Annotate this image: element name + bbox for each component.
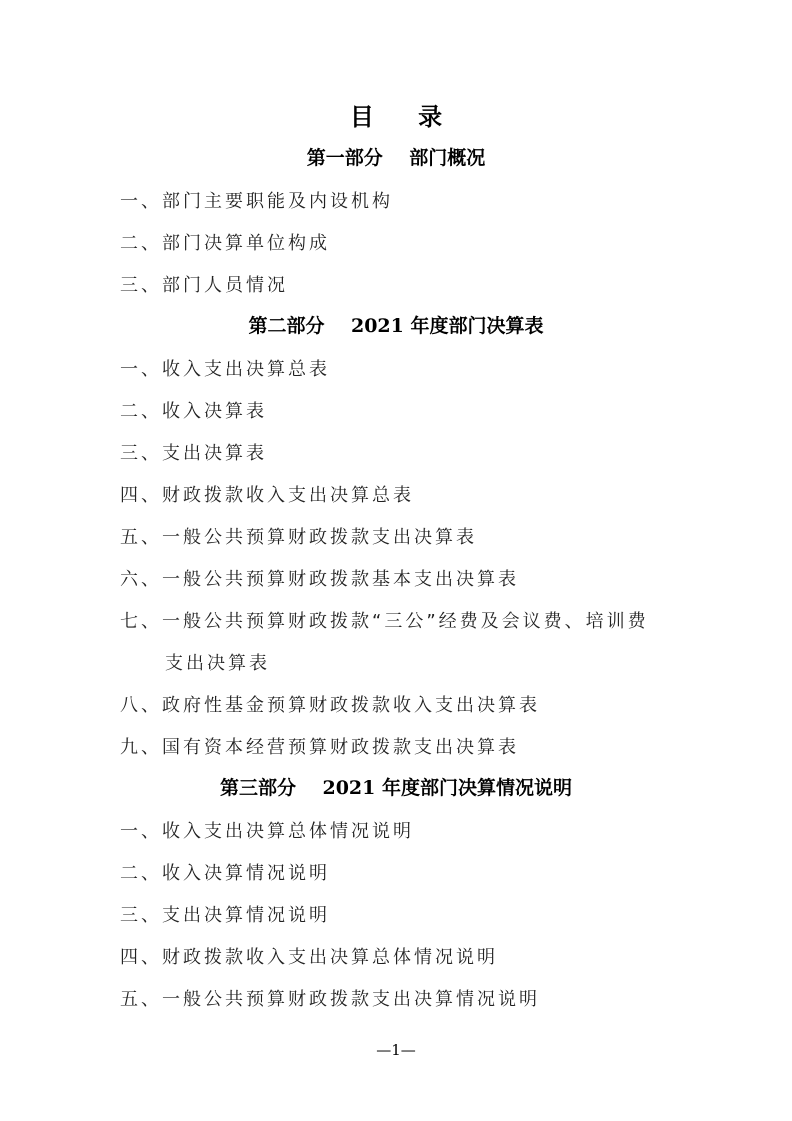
entry-number: 八、 <box>120 693 162 719</box>
entry-number: 五、 <box>120 525 162 551</box>
document-page: 目 录 第一部分 部门概况 一、部门主要职能及内设机构 二、部门决算单位构成 三… <box>0 0 792 1121</box>
page-number: —1— <box>0 1040 792 1060</box>
toc-entry[interactable]: 三、支出决算情况说明 <box>120 903 330 929</box>
entry-number: 七、 <box>120 609 162 635</box>
entry-text: 一般公共预算财政拨款支出决算表 <box>162 527 477 548</box>
entry-text: 收入支出决算总表 <box>162 359 330 380</box>
toc-entry[interactable]: 二、收入决算情况说明 <box>120 861 330 887</box>
toc-entry[interactable]: 三、支出决算表 <box>120 441 267 467</box>
toc-entry[interactable]: 二、收入决算表 <box>120 399 267 425</box>
entry-text: 收入决算表 <box>162 401 267 422</box>
entry-number: 五、 <box>120 987 162 1013</box>
entry-text: 支出决算情况说明 <box>162 905 330 926</box>
toc-title: 目 录 <box>0 100 792 134</box>
toc-entry[interactable]: 五、一般公共预算财政拨款支出决算情况说明 <box>120 987 540 1013</box>
entry-number: 二、 <box>120 399 162 425</box>
toc-entry[interactable]: 五、一般公共预算财政拨款支出决算表 <box>120 525 477 551</box>
entry-number: 二、 <box>120 231 162 257</box>
entry-text: 财政拨款收入支出决算总体情况说明 <box>162 947 498 968</box>
entry-text: 一般公共预算财政拨款支出决算情况说明 <box>162 989 540 1010</box>
toc-entry[interactable]: 三、部门人员情况 <box>120 273 288 299</box>
toc-entry[interactable]: 七、一般公共预算财政拨款“三公”经费及会议费、培训费 <box>120 609 649 635</box>
entry-number: 三、 <box>120 903 162 929</box>
entry-text: 部门主要职能及内设机构 <box>162 191 393 212</box>
entry-text: 支出决算表 <box>162 443 267 464</box>
toc-entry[interactable]: 八、政府性基金预算财政拨款收入支出决算表 <box>120 693 540 719</box>
entry-text: 一般公共预算财政拨款“三公”经费及会议费、培训费 <box>162 611 649 632</box>
entry-text: 部门人员情况 <box>162 275 288 296</box>
entry-number: 一、 <box>120 357 162 383</box>
toc-entry[interactable]: 九、国有资本经营预算财政拨款支出决算表 <box>120 735 519 761</box>
entry-text: 政府性基金预算财政拨款收入支出决算表 <box>162 695 540 716</box>
entry-number: 三、 <box>120 441 162 467</box>
entry-text: 财政拨款收入支出决算总表 <box>162 485 414 506</box>
part-2-heading: 第二部分 2021 年度部门决算表 <box>0 313 792 339</box>
entry-text: 收入支出决算总体情况说明 <box>162 821 414 842</box>
entry-text: 收入决算情况说明 <box>162 863 330 884</box>
entry-number: 四、 <box>120 483 162 509</box>
toc-entry[interactable]: 一、收入支出决算总体情况说明 <box>120 819 414 845</box>
entry-text: 部门决算单位构成 <box>162 233 330 254</box>
entry-number: 三、 <box>120 273 162 299</box>
toc-entry[interactable]: 四、财政拨款收入支出决算总体情况说明 <box>120 945 498 971</box>
entry-number: 一、 <box>120 819 162 845</box>
entry-number: 九、 <box>120 735 162 761</box>
toc-entry-continuation[interactable]: 支出决算表 <box>165 651 270 677</box>
entry-number: 四、 <box>120 945 162 971</box>
part-1-heading: 第一部分 部门概况 <box>0 145 792 171</box>
entry-number: 六、 <box>120 567 162 593</box>
entry-text: 一般公共预算财政拨款基本支出决算表 <box>162 569 519 590</box>
toc-entry[interactable]: 一、收入支出决算总表 <box>120 357 330 383</box>
entry-text: 国有资本经营预算财政拨款支出决算表 <box>162 737 519 758</box>
toc-entry[interactable]: 六、一般公共预算财政拨款基本支出决算表 <box>120 567 519 593</box>
entry-number: 一、 <box>120 189 162 215</box>
entry-number: 二、 <box>120 861 162 887</box>
toc-entry[interactable]: 四、财政拨款收入支出决算总表 <box>120 483 414 509</box>
toc-entry[interactable]: 一、部门主要职能及内设机构 <box>120 189 393 215</box>
toc-entry[interactable]: 二、部门决算单位构成 <box>120 231 330 257</box>
part-3-heading: 第三部分 2021 年度部门决算情况说明 <box>0 775 792 801</box>
